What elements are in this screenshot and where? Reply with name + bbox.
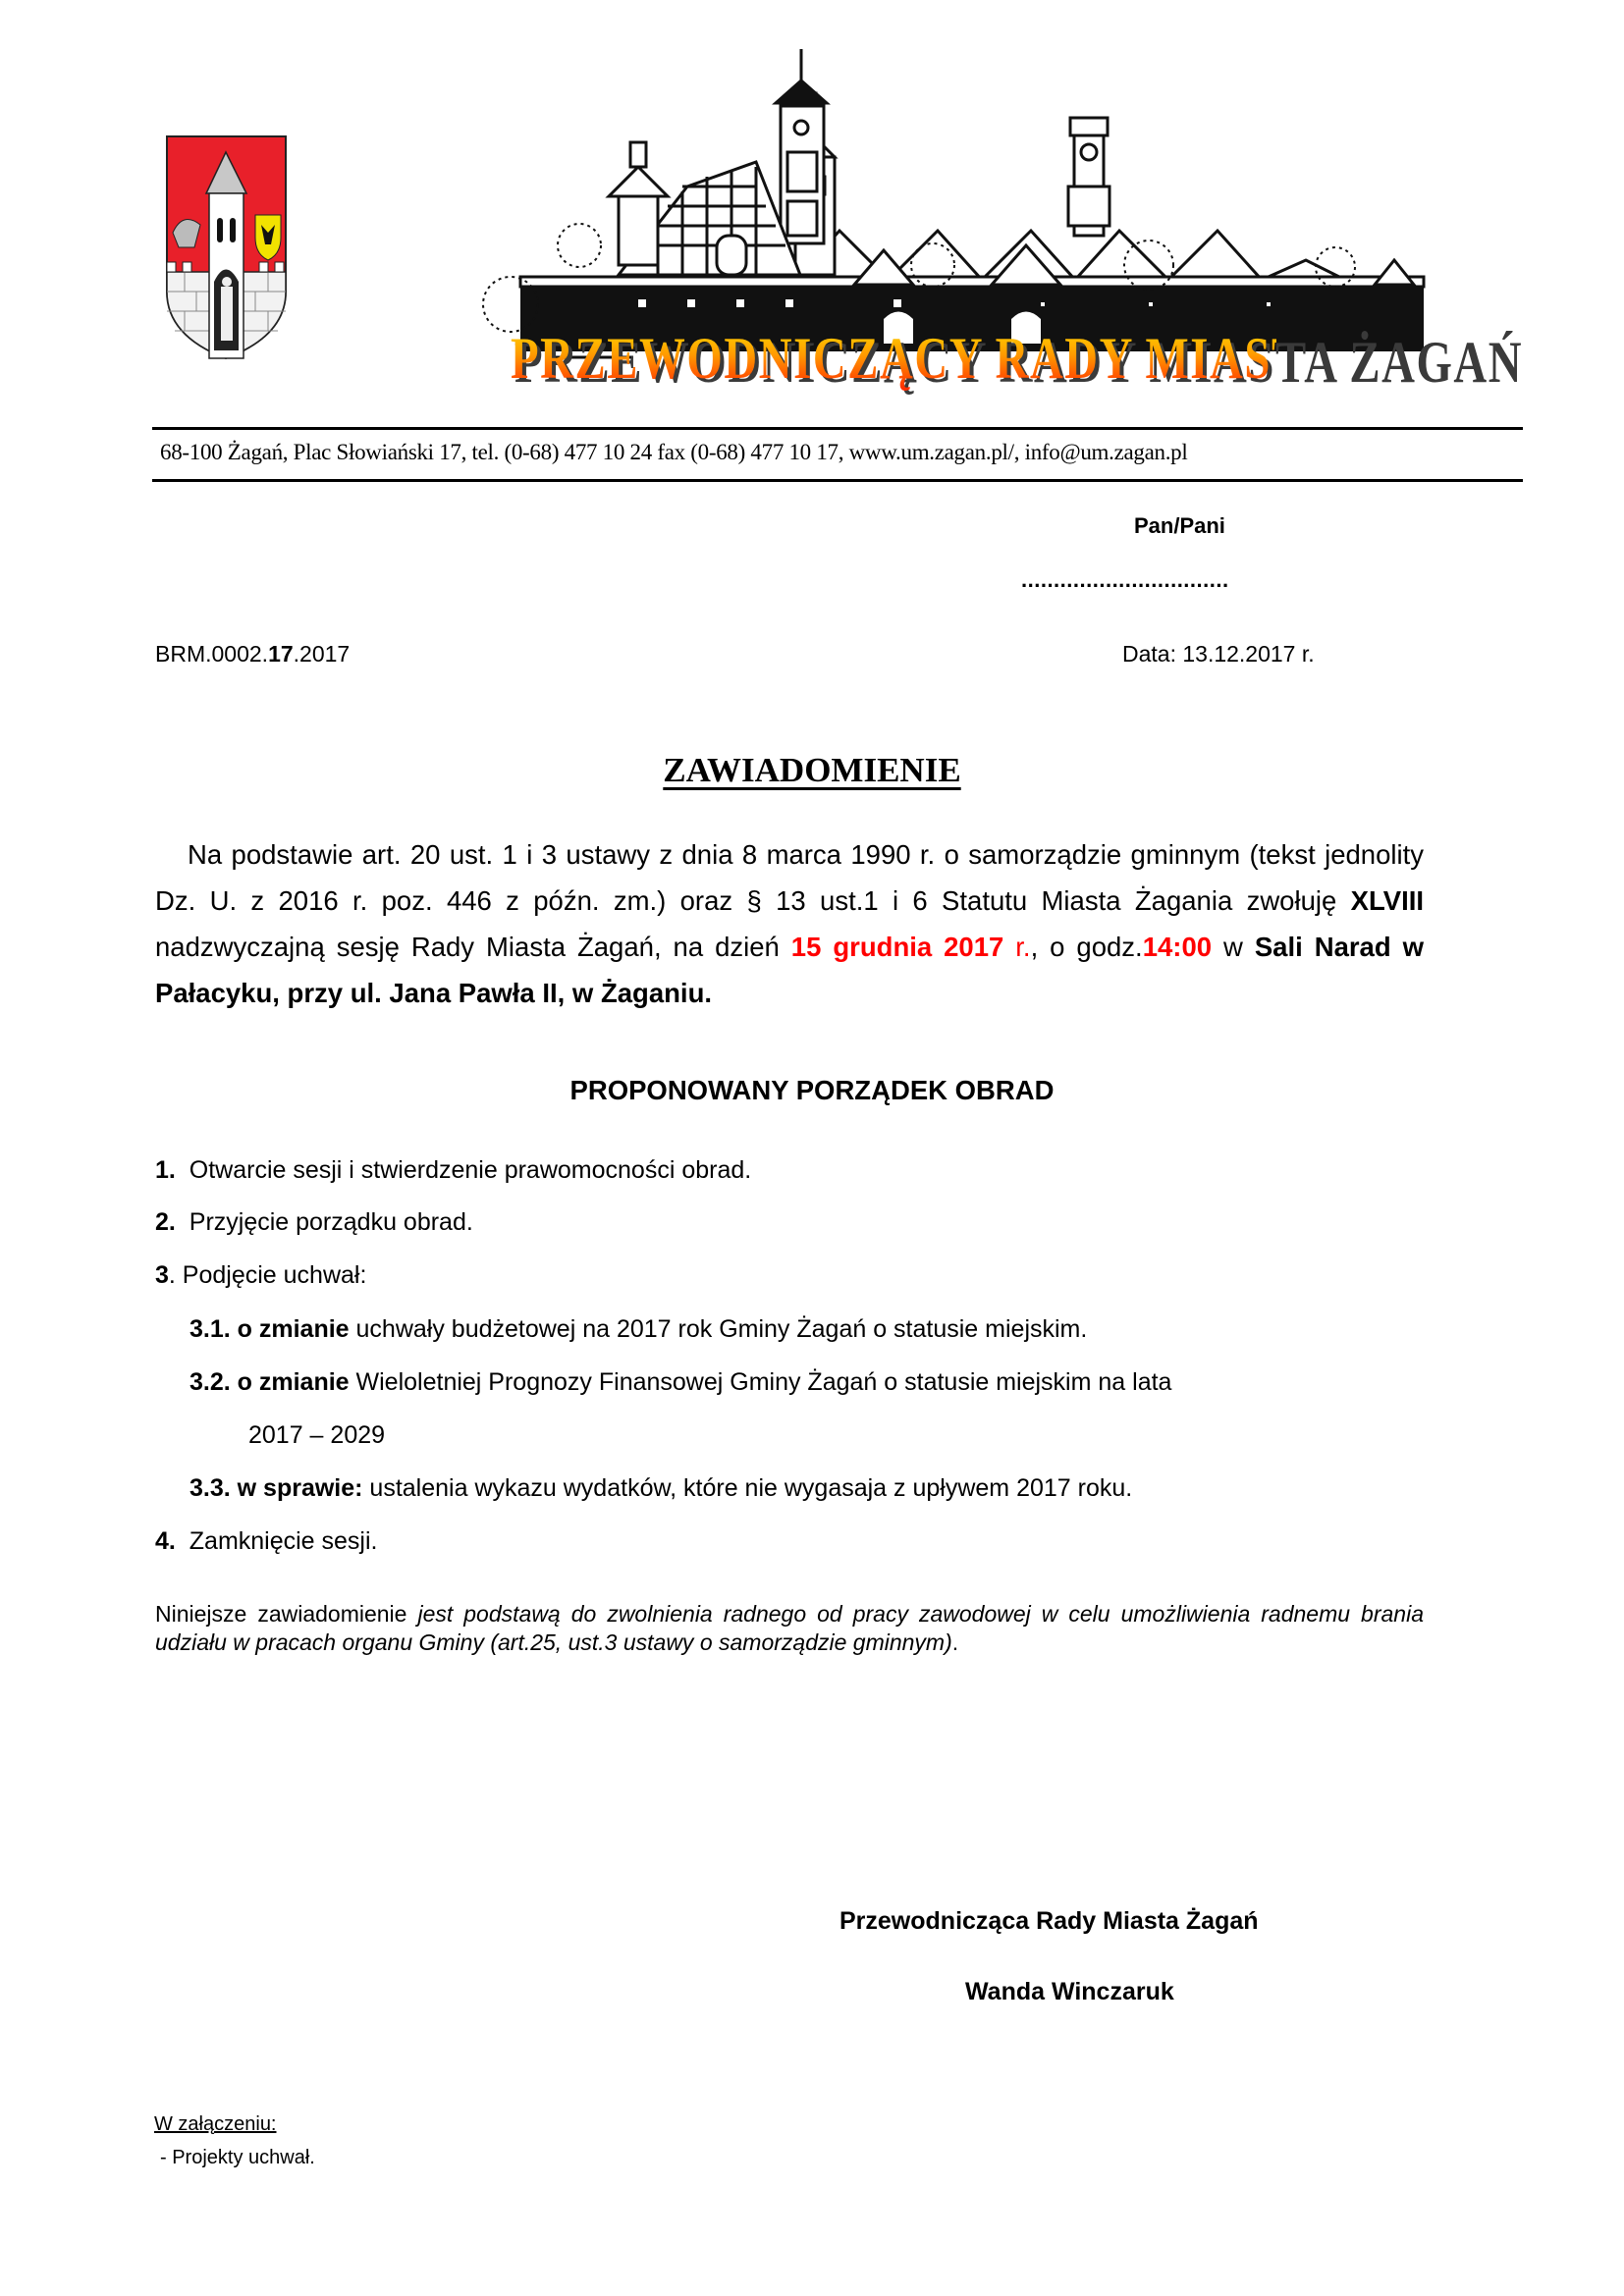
- agenda-item: 3. Podjęcie uchwał:: [155, 1261, 366, 1290]
- sub-item-text: ustalenia wykazu wydatków, które nie wyg…: [362, 1474, 1132, 1502]
- sub-item-lead: o zmianie: [238, 1315, 350, 1343]
- agenda-item: 2. Przyjęcie porządku obrad.: [155, 1208, 473, 1237]
- contact-line: 68-100 Żagań, Plac Słowiański 17, tel. (…: [160, 440, 1515, 465]
- session-date: 15 grudnia 2017: [791, 932, 1004, 962]
- agenda-item-number: 3: [155, 1261, 169, 1289]
- sub-item-number: 3.1.: [189, 1315, 231, 1343]
- header-rule-bottom: [152, 479, 1523, 482]
- letterhead-title: PRZEWODNICZĄCY RADY MIASTA ŻAGAŃ: [511, 324, 1276, 393]
- document-title: ZAWIADOMIENIE: [0, 751, 1624, 790]
- sub-item-lead: w sprawie:: [238, 1474, 363, 1502]
- reference-suffix: .2017: [294, 641, 351, 667]
- agenda-item-text: Otwarcie sesji i stwierdzenie prawomocno…: [189, 1156, 751, 1184]
- session-number: XLVIII: [1351, 885, 1424, 916]
- intro-paragraph: Na podstawie art. 20 ust. 1 i 3 ustawy z…: [155, 831, 1424, 1016]
- legal-note: Niniejsze zawiadomienie jest podstawą do…: [155, 1600, 1424, 1657]
- agenda-sub-item: 3.2. o zmianie Wieloletniej Prognozy Fin…: [189, 1368, 1171, 1397]
- agenda-item-text: Przyjęcie porządku obrad.: [189, 1208, 473, 1236]
- coat-of-arms-icon: [165, 134, 288, 360]
- intro-text: , o godz.: [1031, 932, 1143, 962]
- sub-item-number: 3.2.: [189, 1368, 231, 1396]
- agenda-sub-item: 3.1. o zmianie uchwały budżetowej na 201…: [189, 1315, 1087, 1344]
- reference-number-bold: 17: [268, 641, 294, 667]
- sub-item-text: Wieloletniej Prognozy Finansowej Gminy Ż…: [350, 1368, 1172, 1396]
- document-date: Data: 13.12.2017 r.: [1122, 641, 1315, 667]
- attachments-label: W załączeniu:: [154, 2113, 277, 2136]
- addressee-label: Pan/Pani: [1134, 513, 1225, 539]
- agenda-item-text: . Podjęcie uchwał:: [169, 1261, 367, 1289]
- attachment-item: - Projekty uchwał.: [160, 2147, 315, 2169]
- sub-item-lead: o zmianie: [238, 1368, 350, 1396]
- intro-text: nadzwyczajną sesję Rady Miasta Żagań, na…: [155, 932, 791, 962]
- note-end: .: [952, 1629, 958, 1655]
- intro-text: Na podstawie art. 20 ust. 1 i 3 ustawy z…: [155, 839, 1424, 916]
- sub-item-text: uchwały budżetowej na 2017 rok Gminy Żag…: [350, 1315, 1088, 1343]
- sub-item-number: 3.3.: [189, 1474, 231, 1502]
- signature-role: Przewodnicząca Rady Miasta Żagań: [839, 1907, 1259, 1936]
- agenda-title: PROPONOWANY PORZĄDEK OBRAD: [0, 1075, 1624, 1106]
- agenda-item-text: Zamknięcie sesji.: [189, 1527, 378, 1555]
- session-date-suffix: r.: [1003, 932, 1030, 962]
- session-time: 14:00: [1143, 932, 1212, 962]
- addressee-blank: ................................: [1021, 567, 1229, 593]
- agenda-item: 1. Otwarcie sesji i stwierdzenie prawomo…: [155, 1156, 751, 1185]
- reference-prefix: BRM.0002.: [155, 641, 268, 667]
- note-text: Niniejsze zawiadomienie: [155, 1601, 417, 1627]
- intro-text: w: [1212, 932, 1255, 962]
- agenda-item-number: 4.: [155, 1527, 176, 1555]
- signature-name: Wanda Winczaruk: [965, 1978, 1174, 2006]
- signature-role-rest: Rady Miasta Żagań: [1036, 1907, 1258, 1935]
- reference-number: BRM.0002.17.2017: [155, 641, 350, 667]
- signature-role-prefix: Przewodnicząca: [839, 1907, 1036, 1935]
- agenda-item: 4. Zamknięcie sesji.: [155, 1527, 378, 1556]
- agenda-item-number: 2.: [155, 1208, 176, 1236]
- agenda-sub-item: 3.3. w sprawie: ustalenia wykazu wydatkó…: [189, 1474, 1132, 1503]
- document-title-text: ZAWIADOMIENIE: [663, 751, 960, 789]
- sub-item-continuation: 2017 – 2029: [248, 1421, 385, 1450]
- agenda-item-number: 1.: [155, 1156, 176, 1184]
- header-rule-top: [152, 427, 1523, 430]
